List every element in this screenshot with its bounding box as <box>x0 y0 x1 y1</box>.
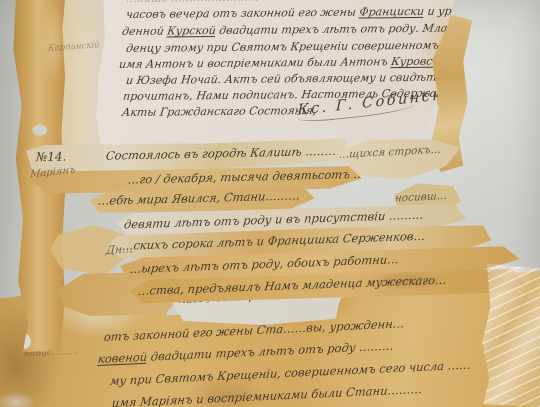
background-surface: Карпинскій …лишь …………………… часовъ вечера … <box>0 0 540 407</box>
paper-fragment-top: …лишь …………………… часовъ вечера отъ законно… <box>92 0 472 160</box>
record-line: Состоялось въ городѣ Калишѣ ……… <box>105 144 341 163</box>
record-line: …щихся строкъ… <box>338 144 441 161</box>
underlined-name: ковеной <box>97 350 147 366</box>
record-line: Акты Гражданскаго Состоянія, <box>121 103 317 121</box>
text-segment: часовъ вечера отъ законной его жены <box>125 6 360 21</box>
record-line: …ебѣ мира Явился, Стани……… <box>97 188 301 207</box>
record-number: №14. <box>36 150 67 165</box>
text-segment: двадцати трехъ лѣтъ отъ роду ……… <box>146 339 394 364</box>
underlined-name: Франциски <box>359 5 425 19</box>
text-segment: и уро- <box>423 4 463 17</box>
margin-fragment-text: Дн… <box>106 242 134 257</box>
adhesive-tape-shiny <box>481 264 540 407</box>
text-segment: денной <box>121 25 168 38</box>
text-segment: двадцати трехъ лѣтъ отъ роду. Мла- <box>215 22 452 37</box>
underlined-name: Курской <box>166 24 216 38</box>
record-line: носивш… <box>394 190 447 205</box>
record-line: ковеной двадцати трехъ лѣтъ отъ роду ……… <box>97 339 394 367</box>
record-line: денной Курской двадцати трехъ лѣтъ отъ р… <box>121 21 452 40</box>
text-segment: имя Антонъ и воспріемниками были Антонъ <box>118 55 392 71</box>
